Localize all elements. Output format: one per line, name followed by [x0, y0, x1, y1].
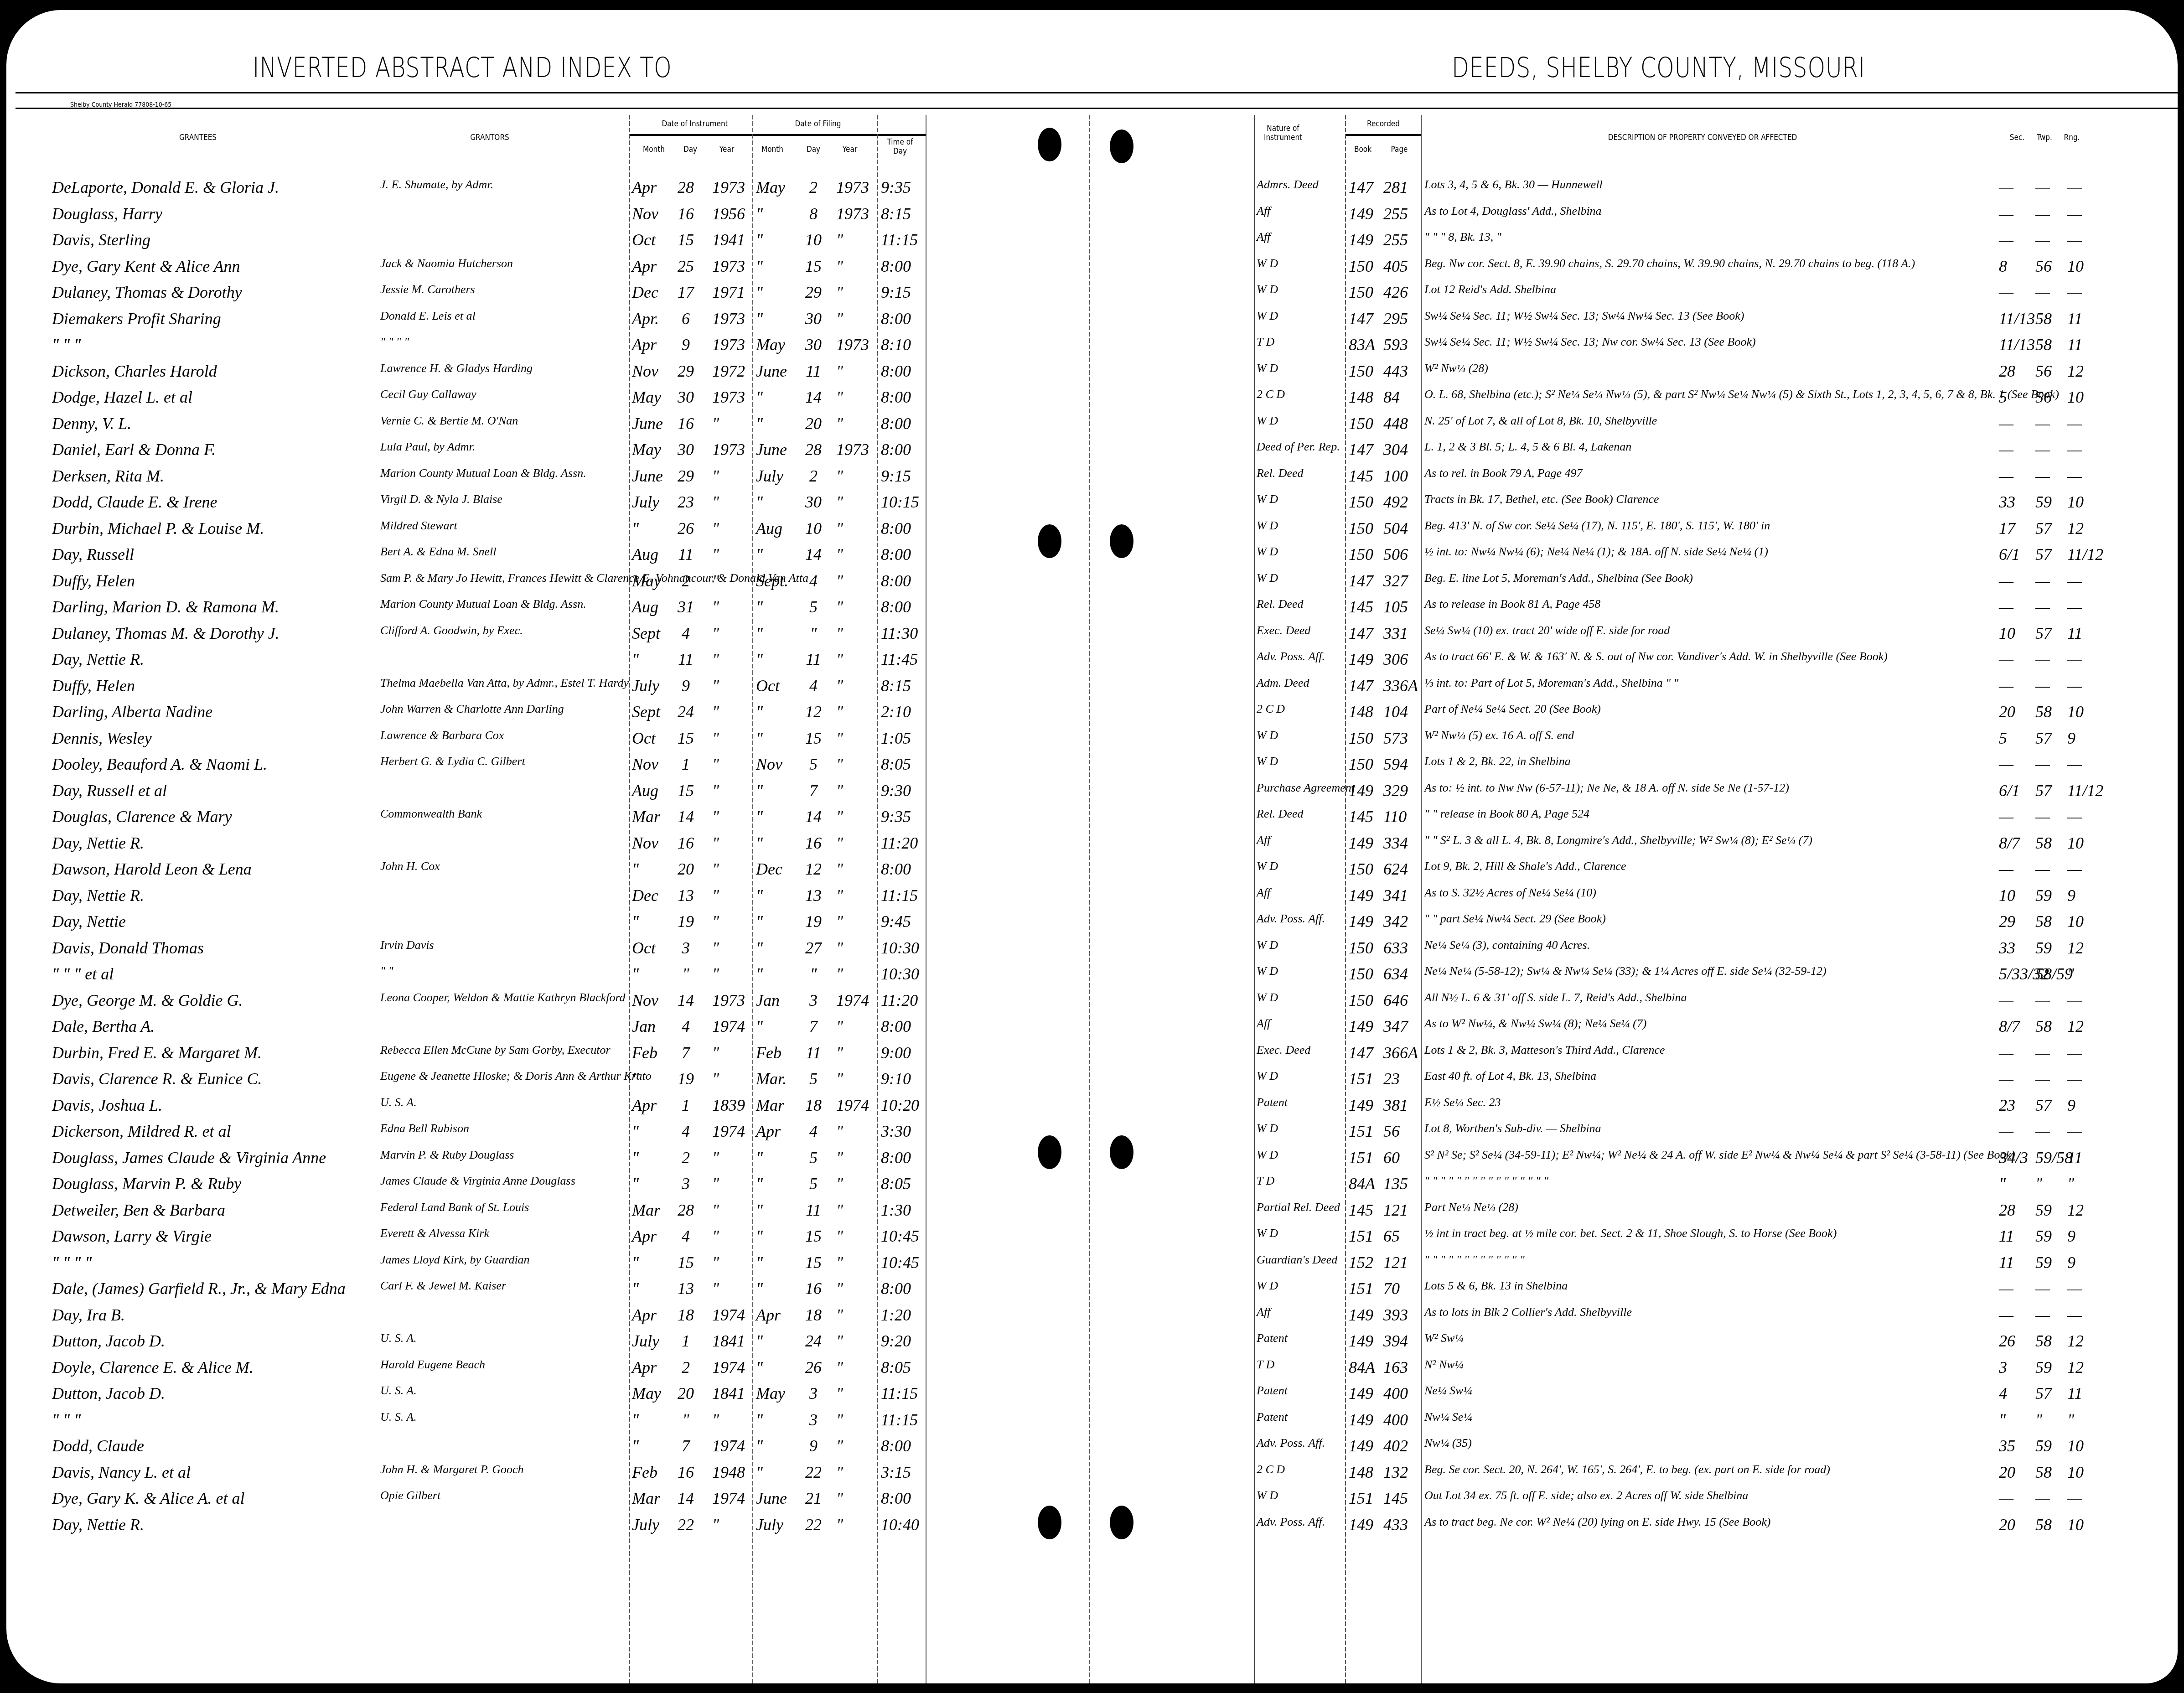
nature-cell: W D — [1257, 729, 1278, 742]
twp-cell: — — [2035, 676, 2050, 695]
filing-day-cell: 26 — [800, 1358, 827, 1377]
grantor-cell: Herbert G. & Lydia C. Gilbert — [380, 755, 525, 768]
inst-year-cell: " — [712, 755, 719, 774]
inst-month-cell: Aug — [632, 545, 658, 564]
page-cell: 634 — [1383, 964, 1408, 984]
rng-cell: — — [2067, 859, 2082, 879]
twp-cell: 59 — [2035, 1253, 2052, 1272]
nature-cell: Guardian's Deed — [1257, 1253, 1337, 1267]
description-cell: As to release in Book 81 A, Page 458 — [1424, 597, 1600, 611]
header-nature: Nature of Instrument — [1260, 124, 1306, 142]
filing-day-cell: 30 — [800, 335, 827, 354]
time-of-day-cell: 8:00 — [881, 388, 911, 407]
sec-cell: — — [1999, 466, 2013, 486]
inst-month-cell: Apr — [632, 257, 657, 276]
grantor-cell: Harold Eugene Beach — [380, 1358, 485, 1372]
grantor-cell: J. E. Shumate, by Admr. — [380, 178, 493, 192]
sec-cell: — — [1999, 204, 2013, 223]
inst-month-cell: " — [632, 1069, 639, 1088]
inst-month-cell: " — [632, 1148, 639, 1167]
inst-day-cell: 9 — [672, 335, 699, 354]
inst-year-cell: 1974 — [712, 1122, 745, 1141]
time-of-day-cell: 8:05 — [881, 1174, 911, 1193]
book-cell: 150 — [1349, 519, 1373, 538]
grantee-cell: Davis, Sterling — [52, 230, 150, 249]
time-of-day-cell: 1:30 — [881, 1201, 911, 1220]
book-cell: 149 — [1349, 1410, 1373, 1429]
grantee-cell: Davis, Clarence R. & Eunice C. — [52, 1069, 262, 1088]
book-cell: 149 — [1349, 204, 1373, 223]
inst-month-cell: Jan — [632, 1017, 656, 1036]
nature-cell: Rel. Deed — [1257, 597, 1304, 611]
time-of-day-cell: 8:15 — [881, 676, 911, 695]
header-twp: Twp. — [2033, 133, 2056, 142]
nature-cell: W D — [1257, 309, 1278, 323]
filing-year-cell: " — [836, 257, 843, 276]
page-cell: 295 — [1383, 309, 1408, 328]
time-of-day-cell: 8:15 — [881, 204, 911, 223]
rng-cell: — — [2067, 283, 2082, 302]
sec-cell: — — [1999, 676, 2013, 695]
nature-cell: Exec. Deed — [1257, 624, 1310, 637]
filing-day-cell: 12 — [800, 859, 827, 879]
filing-month-cell: " — [756, 1017, 763, 1036]
filing-day-cell: 5 — [800, 1174, 827, 1193]
inst-year-cell: " — [712, 781, 719, 800]
book-cell: 149 — [1349, 1017, 1373, 1036]
filing-day-cell: 7 — [800, 781, 827, 800]
rng-cell: — — [2067, 650, 2082, 669]
twp-cell: 58 — [2035, 309, 2052, 328]
grantee-cell: Diemakers Profit Sharing — [52, 309, 221, 328]
twp-cell: 57 — [2035, 624, 2052, 643]
description-cell: Lots 3, 4, 5 & 6, Bk. 30 — Hunnewell — [1424, 178, 1603, 192]
filing-month-cell: Oct — [756, 676, 780, 695]
inst-year-cell: " — [712, 624, 719, 643]
filing-day-cell: 5 — [800, 597, 827, 616]
page-cell: 402 — [1383, 1436, 1408, 1455]
nature-cell: W D — [1257, 571, 1278, 585]
nature-cell: Patent — [1257, 1331, 1288, 1345]
filing-year-cell: 1973 — [836, 440, 869, 459]
filing-day-cell: 2 — [800, 466, 827, 486]
filing-day-cell: 16 — [800, 834, 827, 853]
header-inst-year: Year — [711, 145, 742, 154]
inst-year-cell: " — [712, 886, 719, 905]
time-of-day-cell: 10:45 — [881, 1253, 919, 1272]
filing-day-cell: 3 — [800, 1410, 827, 1429]
nature-cell: 2 C D — [1257, 1463, 1285, 1476]
filing-year-cell: " — [836, 466, 843, 486]
grantor-cell: Virgil D. & Nyla J. Blaise — [380, 492, 502, 506]
page-cell: 347 — [1383, 1017, 1408, 1036]
filing-month-cell: " — [756, 964, 763, 984]
filing-day-cell: 14 — [800, 807, 827, 826]
filing-day-cell: 4 — [800, 571, 827, 590]
page-cell: 105 — [1383, 597, 1408, 616]
inst-year-cell: " — [712, 597, 719, 616]
grantee-cell: Dutton, Jacob D. — [52, 1384, 165, 1403]
page-cell: 341 — [1383, 886, 1408, 905]
grantee-cell: Day, Nettie — [52, 912, 126, 931]
filing-year-cell: " — [836, 1227, 843, 1246]
nature-cell: W D — [1257, 991, 1278, 1004]
description-cell: Lot 12 Reid's Add. Shelbina — [1424, 283, 1556, 296]
grantee-cell: Dodd, Claude E. & Irene — [52, 492, 217, 512]
filing-month-cell: June — [756, 362, 787, 381]
rng-cell: — — [2067, 755, 2082, 774]
header-rng: Rng. — [2060, 133, 2084, 142]
filing-month-cell: " — [756, 1410, 763, 1429]
inst-year-cell: 1974 — [712, 1489, 745, 1508]
inst-month-cell: Apr — [632, 1096, 657, 1115]
time-of-day-cell: 10:40 — [881, 1515, 919, 1534]
filing-month-cell: " — [756, 545, 763, 564]
sec-cell: 5 — [1999, 729, 2007, 748]
rng-cell: — — [2067, 204, 2082, 223]
book-cell: 151 — [1349, 1148, 1373, 1167]
header-page: Page — [1386, 145, 1413, 154]
nature-cell: W D — [1257, 1148, 1278, 1162]
book-cell: 147 — [1349, 1043, 1373, 1062]
book-cell: 149 — [1349, 1331, 1373, 1351]
rng-cell: 12 — [2067, 938, 2084, 958]
filing-year-cell: " — [836, 1515, 843, 1534]
sec-cell: — — [1999, 1305, 2013, 1325]
book-cell: 149 — [1349, 650, 1373, 669]
page-cell: 304 — [1383, 440, 1408, 459]
binder-hole — [1110, 1506, 1133, 1539]
filing-day-cell: 14 — [800, 388, 827, 407]
rng-cell: — — [2067, 807, 2082, 826]
sec-cell: — — [1999, 1043, 2013, 1062]
sec-cell: — — [1999, 440, 2013, 459]
book-cell: 149 — [1349, 1096, 1373, 1115]
filing-day-cell: 11 — [800, 1201, 827, 1220]
nature-cell: 2 C D — [1257, 388, 1285, 401]
binder-hole — [1110, 129, 1133, 163]
inst-year-cell: 1973 — [712, 257, 745, 276]
grantor-cell: Commonwealth Bank — [380, 807, 482, 821]
grantee-cell: Durbin, Michael P. & Louise M. — [52, 519, 264, 538]
book-cell: 145 — [1349, 807, 1373, 826]
inst-month-cell: Apr — [632, 335, 657, 354]
inst-month-cell: " — [632, 859, 639, 879]
inst-month-cell: May — [632, 388, 661, 407]
twp-cell: 59 — [2035, 1227, 2052, 1246]
book-cell: 151 — [1349, 1279, 1373, 1298]
inst-day-cell: 15 — [672, 1253, 699, 1272]
inst-month-cell: Apr — [632, 1305, 657, 1325]
grantor-cell: Federal Land Bank of St. Louis — [380, 1201, 529, 1214]
inst-day-cell: 4 — [672, 1227, 699, 1246]
time-of-day-cell: 8:00 — [881, 257, 911, 276]
book-cell: 150 — [1349, 991, 1373, 1010]
description-cell: Lots 1 & 2, Bk. 3, Matteson's Third Add.… — [1424, 1043, 1665, 1057]
page-cell: 393 — [1383, 1305, 1408, 1325]
description-cell: ⅓ int. to: Part of Lot 5, Moreman's Add.… — [1424, 676, 1679, 690]
inst-day-cell: 17 — [672, 283, 699, 302]
rng-cell: 11/12 — [2067, 781, 2103, 800]
book-cell: 147 — [1349, 676, 1373, 695]
page-cell: 405 — [1383, 257, 1408, 276]
filing-month-cell: " — [756, 624, 763, 643]
inst-year-cell: " — [712, 676, 719, 695]
inst-month-cell: " — [632, 964, 639, 984]
sec-cell: — — [1999, 571, 2013, 590]
page-cell: 331 — [1383, 624, 1408, 643]
nature-cell: W D — [1257, 1122, 1278, 1135]
filing-year-cell: " — [836, 1043, 843, 1062]
page-cell: 306 — [1383, 650, 1408, 669]
filing-year-cell: " — [836, 1305, 843, 1325]
description-cell: Beg. 413' N. of Sw cor. Se¼ Se¼ (17), N.… — [1424, 519, 1770, 533]
filing-year-cell: 1973 — [836, 204, 869, 223]
inst-year-cell: 1973 — [712, 178, 745, 197]
inst-year-cell: " — [712, 1174, 719, 1193]
grantor-cell: Cecil Guy Callaway — [380, 388, 476, 401]
inst-day-cell: 2 — [672, 571, 699, 590]
sec-cell: 11/13 — [1999, 309, 2035, 328]
nature-cell: W D — [1257, 1279, 1278, 1293]
page-cell: 23 — [1383, 1069, 1400, 1088]
page-cell: 433 — [1383, 1515, 1408, 1534]
book-cell: 149 — [1349, 1436, 1373, 1455]
filing-month-cell: " — [756, 283, 763, 302]
inst-day-cell: 22 — [672, 1515, 699, 1534]
nature-cell: T D — [1257, 1358, 1274, 1372]
inst-year-cell: 1974 — [712, 1305, 745, 1325]
time-of-day-cell: 8:05 — [881, 1358, 911, 1377]
twp-cell: 59 — [2035, 886, 2052, 905]
page-cell: 163 — [1383, 1358, 1408, 1377]
grantor-cell: Marion County Mutual Loan & Bldg. Assn. — [380, 466, 586, 480]
rng-cell: — — [2067, 1305, 2082, 1325]
page-cell: 145 — [1383, 1489, 1408, 1508]
filing-month-cell: Dec — [756, 859, 782, 879]
sec-cell: 10 — [1999, 624, 2015, 643]
filing-year-cell: " — [836, 545, 843, 564]
grantee-cell: Dooley, Beauford A. & Naomi L. — [52, 755, 267, 774]
page-cell: 646 — [1383, 991, 1408, 1010]
page-cell: 104 — [1383, 702, 1408, 721]
inst-day-cell: 4 — [672, 1017, 699, 1036]
printer-imprint: Shelby County Herald 77808-10-65 — [70, 101, 171, 109]
nature-cell: W D — [1257, 283, 1278, 296]
filing-year-cell: " — [836, 1017, 843, 1036]
filing-month-cell: " — [756, 388, 763, 407]
grantee-cell: Dickerson, Mildred R. et al — [52, 1122, 231, 1141]
inst-month-cell: " — [632, 1436, 639, 1455]
filing-day-cell: 22 — [800, 1515, 827, 1534]
inst-year-cell: " — [712, 492, 719, 512]
inst-month-cell: Nov — [632, 204, 658, 223]
grantor-cell: U. S. A. — [380, 1384, 417, 1398]
page-cell: 342 — [1383, 912, 1408, 931]
filing-day-cell: " — [800, 624, 827, 643]
twp-cell: 57 — [2035, 1096, 2052, 1115]
description-cell: As to tract beg. Ne cor. W² Ne¼ (20) lyi… — [1424, 1515, 1770, 1529]
inst-month-cell: May — [632, 1384, 661, 1403]
nature-cell: Purchase Agreement — [1257, 781, 1355, 795]
time-of-day-cell: 1:20 — [881, 1305, 911, 1325]
nature-cell: W D — [1257, 859, 1278, 873]
inst-day-cell: 13 — [672, 1279, 699, 1298]
grantor-cell: " " — [380, 964, 393, 978]
filing-year-cell: " — [836, 650, 843, 669]
twp-cell: — — [2035, 807, 2050, 826]
inst-year-cell: 1956 — [712, 204, 745, 223]
description-cell: E½ Se¼ Sec. 23 — [1424, 1096, 1501, 1109]
filing-day-cell: 7 — [800, 1017, 827, 1036]
filing-year-cell: " — [836, 755, 843, 774]
filing-day-cell: " — [800, 964, 827, 984]
grantee-cell: Darling, Marion D. & Ramona M. — [52, 597, 279, 616]
time-of-day-cell: 9:10 — [881, 1069, 911, 1088]
book-cell: 147 — [1349, 440, 1373, 459]
grantee-cell: Dawson, Harold Leon & Lena — [52, 859, 252, 879]
page-cell: 121 — [1383, 1253, 1408, 1272]
time-of-day-cell: 11:45 — [881, 650, 918, 669]
inst-day-cell: 31 — [672, 597, 699, 616]
time-of-day-cell: 8:00 — [881, 571, 911, 590]
twp-cell: — — [2035, 597, 2050, 616]
inst-day-cell: 30 — [672, 388, 699, 407]
book-cell: 150 — [1349, 859, 1373, 879]
description-cell: Ne¼ Sw¼ — [1424, 1384, 1472, 1398]
book-cell: 150 — [1349, 492, 1373, 512]
book-cell: 147 — [1349, 309, 1373, 328]
book-cell: 147 — [1349, 178, 1373, 197]
page-cell: 426 — [1383, 283, 1408, 302]
inst-month-cell: Sept — [632, 702, 660, 721]
grantee-cell: Dawson, Larry & Virgie — [52, 1227, 212, 1246]
filing-month-cell: " — [756, 1148, 763, 1167]
twp-cell: — — [2035, 283, 2050, 302]
time-of-day-cell: 9:20 — [881, 1331, 911, 1351]
inst-year-cell: " — [712, 834, 719, 853]
time-of-day-cell: 2:10 — [881, 702, 911, 721]
header-grantees: GRANTEES — [167, 133, 229, 142]
filing-month-cell: June — [756, 1489, 787, 1508]
grantor-cell: Jessie M. Carothers — [380, 283, 475, 296]
nature-cell: W D — [1257, 1227, 1278, 1240]
filing-month-cell: June — [756, 440, 787, 459]
inst-year-cell: 1841 — [712, 1384, 745, 1403]
grantee-cell: Darling, Alberta Nadine — [52, 702, 212, 721]
description-cell: Sw¼ Se¼ Sec. 11; W½ Sw¼ Sec. 13; Sw¼ Nw¼… — [1424, 309, 1744, 323]
grantee-cell: Day, Russell — [52, 545, 134, 564]
rng-cell: — — [2067, 230, 2082, 249]
description-cell: Sw¼ Se¼ Sec. 11; W½ Sw¼ Sec. 13; Nw cor.… — [1424, 335, 1756, 349]
time-of-day-cell: 11:15 — [881, 1384, 918, 1403]
filing-year-cell: " — [836, 886, 843, 905]
nature-cell: Aff — [1257, 1017, 1270, 1030]
filing-month-cell: " — [756, 1253, 763, 1272]
inst-year-cell: " — [712, 1253, 719, 1272]
filing-month-cell: Nov — [756, 755, 782, 774]
time-of-day-cell: 9:35 — [881, 178, 911, 197]
page-cell: 394 — [1383, 1331, 1408, 1351]
grantor-cell: James Lloyd Kirk, by Guardian — [380, 1253, 530, 1267]
filing-day-cell: 2 — [800, 178, 827, 197]
rng-cell: — — [2067, 1489, 2082, 1508]
page-gutter — [1089, 115, 1090, 1683]
filing-month-cell: " — [756, 781, 763, 800]
filing-year-cell: " — [836, 362, 843, 381]
col-divider — [629, 115, 630, 1683]
inst-month-cell: Apr. — [632, 309, 659, 328]
grantor-cell: John H. Cox — [380, 859, 440, 873]
sec-cell: — — [1999, 1489, 2013, 1508]
inst-day-cell: 28 — [672, 1201, 699, 1220]
grantee-cell: Durbin, Fred E. & Margaret M. — [52, 1043, 262, 1062]
inst-year-cell: 1973 — [712, 335, 745, 354]
rng-cell: — — [2067, 1279, 2082, 1298]
grantee-cell: Day, Ira B. — [52, 1305, 125, 1325]
inst-month-cell: Feb — [632, 1463, 657, 1482]
page-cell: 506 — [1383, 545, 1408, 564]
rng-cell: 12 — [2067, 1358, 2084, 1377]
inst-month-cell: Mar — [632, 807, 660, 826]
time-of-day-cell: 8:00 — [881, 545, 911, 564]
rng-cell: — — [2067, 571, 2082, 590]
sec-cell: 33 — [1999, 492, 2015, 512]
inst-day-cell: 4 — [672, 1122, 699, 1141]
rng-cell: 12 — [2067, 1017, 2084, 1036]
filing-month-cell: Sept. — [756, 571, 788, 590]
description-cell: Beg. Se cor. Sect. 20, N. 264', W. 165',… — [1424, 1463, 1830, 1476]
inst-month-cell: Aug — [632, 781, 658, 800]
grantee-cell: Derksen, Rita M. — [52, 466, 164, 486]
inst-month-cell: " — [632, 1174, 639, 1193]
page-cell: 56 — [1383, 1122, 1400, 1141]
inst-year-cell: " — [712, 938, 719, 958]
filing-day-cell: 5 — [800, 1148, 827, 1167]
nature-cell: Aff — [1257, 886, 1270, 900]
nature-cell: W D — [1257, 938, 1278, 952]
rng-cell: 9 — [2067, 729, 2075, 748]
filing-month-cell: " — [756, 1279, 763, 1298]
inst-month-cell: Aug — [632, 597, 658, 616]
filing-day-cell: 3 — [800, 991, 827, 1010]
header-recorded: Recorded — [1356, 119, 1411, 129]
book-cell: 149 — [1349, 1384, 1373, 1403]
filing-month-cell: " — [756, 257, 763, 276]
twp-cell: — — [2035, 414, 2050, 433]
header-book: Book — [1349, 145, 1377, 154]
book-cell: 150 — [1349, 938, 1373, 958]
nature-cell: Deed of Per. Rep. — [1257, 440, 1340, 454]
sec-cell: 4 — [1999, 1384, 2007, 1403]
inst-month-cell: May — [632, 571, 661, 590]
filing-month-cell: " — [756, 650, 763, 669]
page-cell: 594 — [1383, 755, 1408, 774]
filing-year-cell: " — [836, 571, 843, 590]
filing-day-cell: 27 — [800, 938, 827, 958]
inst-year-cell: " — [712, 650, 719, 669]
nature-cell: W D — [1257, 414, 1278, 428]
inst-year-cell: " — [712, 807, 719, 826]
nature-cell: T D — [1257, 335, 1274, 349]
grantee-cell: Day, Nettie R. — [52, 1515, 144, 1534]
book-cell: 151 — [1349, 1227, 1373, 1246]
description-cell: All N½ L. 6 & 31' off S. side L. 7, Reid… — [1424, 991, 1687, 1004]
header-inst-day: Day — [675, 145, 706, 154]
binder-hole — [1038, 1135, 1061, 1169]
grantor-cell: Leona Cooper, Weldon & Mattie Kathryn Bl… — [380, 991, 626, 1004]
header-sec: Sec. — [2006, 133, 2029, 142]
